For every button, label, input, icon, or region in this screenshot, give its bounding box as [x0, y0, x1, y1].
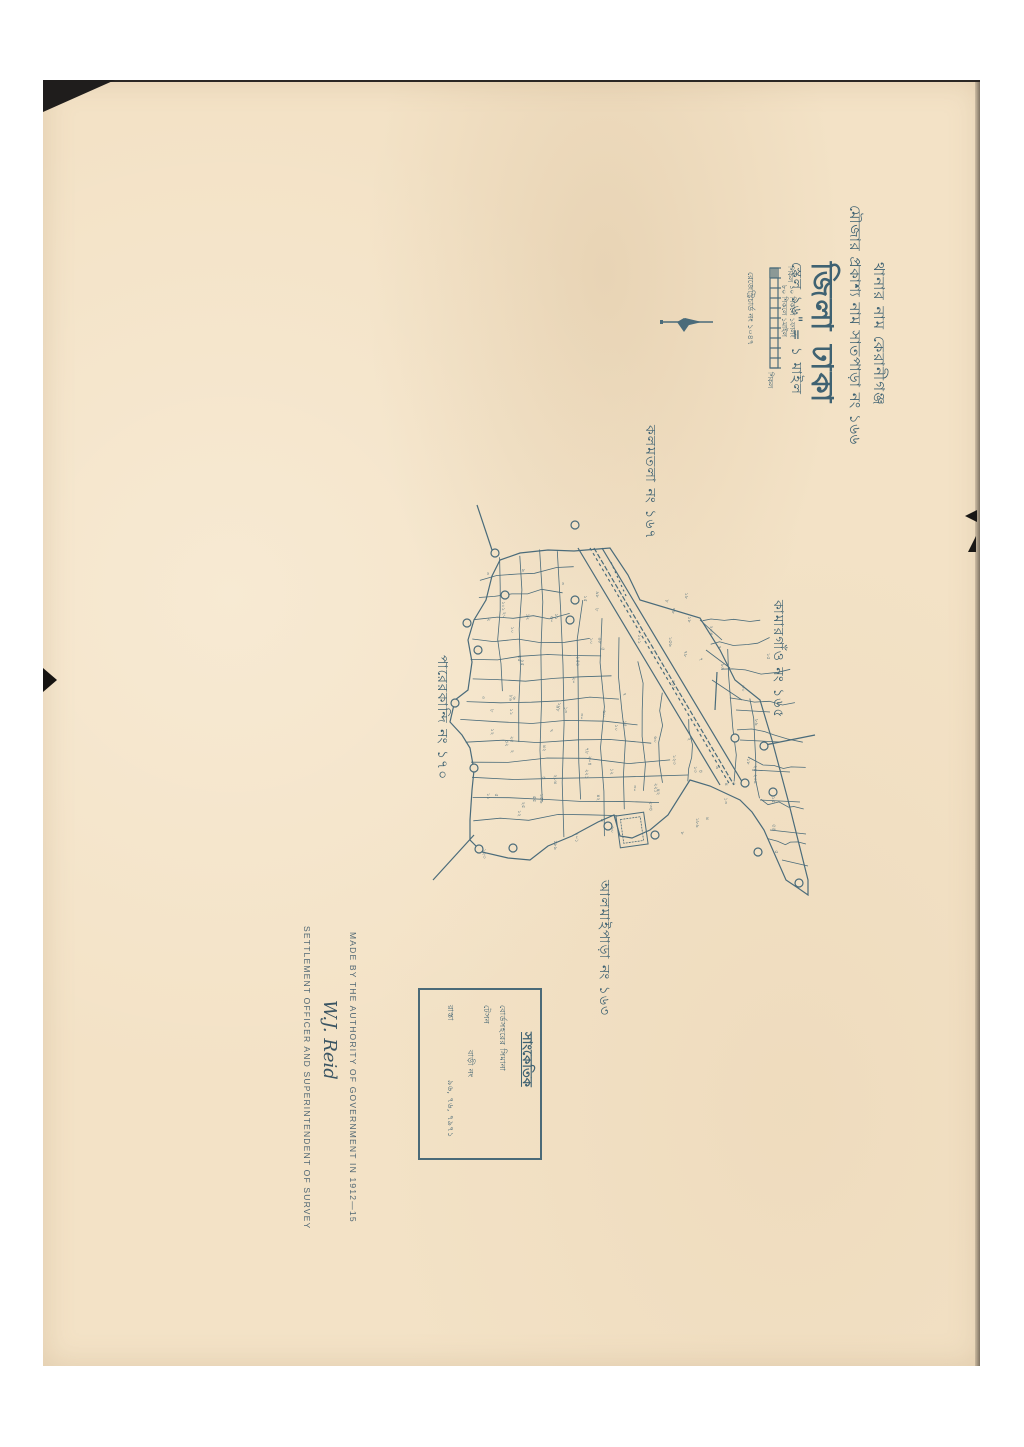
right-edge-tear-2 — [968, 536, 976, 552]
thana-name: থানার নাম কেরানীগঞ্জ — [865, 262, 890, 406]
neighbor-north: কলমতলা নং ১৬৭ — [638, 425, 662, 540]
legend-row-station: টেসন — [479, 1005, 492, 1024]
torn-corner — [43, 80, 115, 112]
reference-number: রেজেস্ট্রিচার্ড নং ১০৪৭ — [743, 272, 756, 345]
neighbor-south: আলমাইপাড়া নং ১৬৩ — [592, 880, 616, 1016]
legend-title: সাংকেতিক — [515, 1032, 536, 1087]
legend-row-road-value: ৯৬, ৭৬, ৭৯৭১ — [443, 1080, 456, 1138]
signature: W.J. Reid — [319, 1000, 340, 1080]
legend-row-boundary: বোর্ডসহরের সিমানা — [495, 1005, 508, 1071]
scale-note-2: ৮০ শিকলে ১মাইল — [778, 285, 790, 337]
neighbor-west: পারেরকান্দি নং ১৭০ — [430, 655, 454, 780]
scale-end-label: শিকল — [764, 372, 776, 388]
sheet-top-edge — [43, 80, 980, 82]
scale-start-label: শিকল — [784, 266, 796, 282]
left-edge-tear — [43, 668, 57, 692]
right-edge-tear-1 — [965, 510, 977, 522]
authority-line: MADE BY THE AUTHORITY OF GOVERNMENT IN 1… — [348, 932, 358, 1223]
legend-row-house: বাড়ী নং — [463, 1050, 476, 1078]
settlement-officer-line: SETTLEMENT OFFICER AND SUPERINTENDENT OF… — [302, 926, 312, 1229]
sheet-right-edge — [975, 80, 980, 1366]
neighbor-east: কামারগাঁও নং ১৬৫ — [766, 600, 790, 718]
legend-row-road: রাস্তা — [443, 1005, 456, 1021]
